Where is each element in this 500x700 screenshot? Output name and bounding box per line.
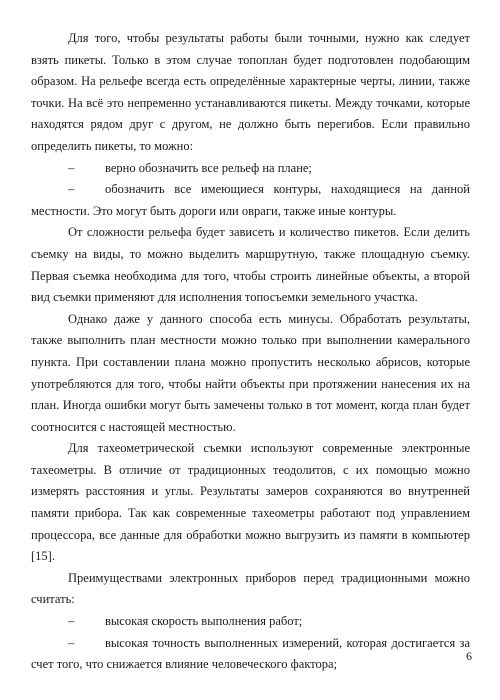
- list-item-text: высокая скорость выполнения работ;: [105, 614, 302, 628]
- bullet-dash: –: [68, 158, 105, 180]
- bullet-dash: –: [68, 633, 105, 655]
- paragraph-advantages-intro: Преимуществами электронных приборов пере…: [31, 568, 470, 611]
- list-item-text: верно обозначить все рельеф на плане;: [105, 161, 312, 175]
- list-item-speed: –высокая скорость выполнения работ;: [31, 611, 470, 633]
- paragraph-survey-types: От сложности рельефа будет зависеть и ко…: [31, 222, 470, 308]
- bullet-dash: –: [68, 179, 105, 201]
- paragraph-tacheometers: Для тахеометрической съемки используют с…: [31, 438, 470, 568]
- bullet-dash: –: [68, 611, 105, 633]
- document-page: Для того, чтобы результаты работы были т…: [0, 0, 500, 700]
- list-item-accuracy: –высокая точность выполненных измерений,…: [31, 633, 470, 676]
- page-number: 6: [466, 646, 472, 668]
- paragraph-drawbacks: Однако даже у данного способа есть минус…: [31, 309, 470, 439]
- list-item-contours: –обозначить все имеющиеся контуры, наход…: [31, 179, 470, 222]
- list-item-relief: –верно обозначить все рельеф на плане;: [31, 158, 470, 180]
- paragraph-pickets: Для того, чтобы результаты работы были т…: [31, 28, 470, 158]
